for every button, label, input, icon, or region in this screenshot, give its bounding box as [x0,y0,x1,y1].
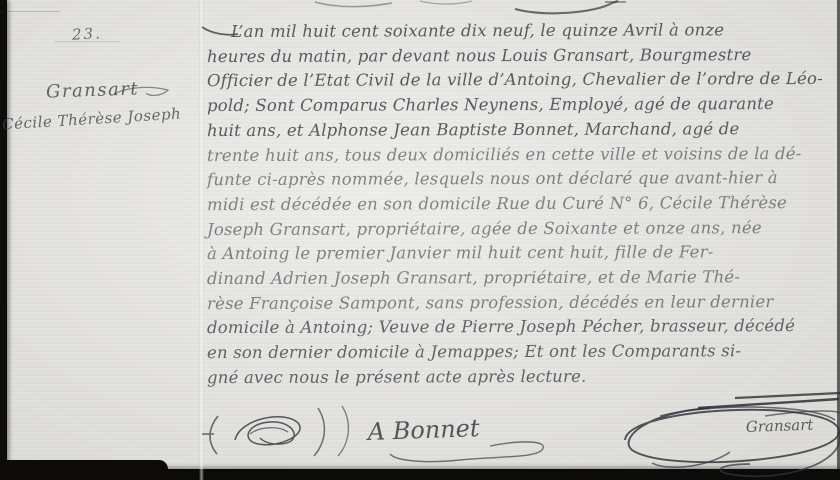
margin-deceased-given-names: Cécile Thérèse Joseph [2,105,182,134]
signature-gransart-text: Gransart [746,416,815,436]
act-number: 23. [72,24,103,44]
act-body-text: L’an mil huit cent soixante dix neuf, le… [207,19,835,390]
scan-edge-bottom-left-blob [0,460,168,473]
margin-deceased-surname: Gransart [46,78,140,102]
body-line-11: dinand Adrien Joseph Gransart, propriéta… [207,265,835,292]
previous-act-remnant-strokes [300,0,630,16]
body-line-13: domicile à Antoing; Veuve de Pierre Jose… [207,314,835,341]
scanned-death-record-page: 23. Gransart Cécile Thérèse Joseph L’an … [0,0,840,480]
body-line-12: rèse Françoise Sampont, sans profession,… [207,290,835,317]
signature-bracket-stroke [202,416,218,454]
body-line-14: en son dernier domicile à Jemappes; Et o… [207,339,835,366]
body-line-3: Officier de l’Etat Civil de la ville d’A… [207,67,835,94]
body-line-5: huit ans, et Alphonse Jean Baptiste Bonn… [207,117,835,144]
scan-edge-left [0,0,7,480]
body-line-6: trente huit ans, tous deux domiciliés en… [207,141,835,168]
signature-declarant2-bonnet: A Bonnet [365,414,543,462]
signature-block: A Bonnet Gransart [190,390,840,480]
body-line-2: heures du matin, par devant nous Louis G… [207,43,835,70]
body-line-7: funte ci-après nommée, lesquels nous ont… [207,166,835,193]
signature-officer-gransart: Gransart [625,393,840,476]
signature-bonnet-text: A Bonnet [365,414,480,446]
body-line-8: midi est décédée en son domicile Rue du … [207,191,835,218]
faint-ruled-line-top [0,11,60,12]
body-line-15: gné avec nous le présent acte après lect… [207,364,835,391]
signature-declarant1-scrawl [235,406,348,456]
scan-edge-bottom [0,469,840,480]
body-line-9: Joseph Gransart, propriétaire, agée de S… [207,216,835,243]
body-line-4: pold; Sont Comparus Charles Neynens, Emp… [207,92,835,119]
page-fold-line [199,0,204,480]
body-line-1: L’an mil huit cent soixante dix neuf, le… [207,18,835,45]
body-line-10: à Antoing le premier Janvier mil huit ce… [207,240,835,267]
